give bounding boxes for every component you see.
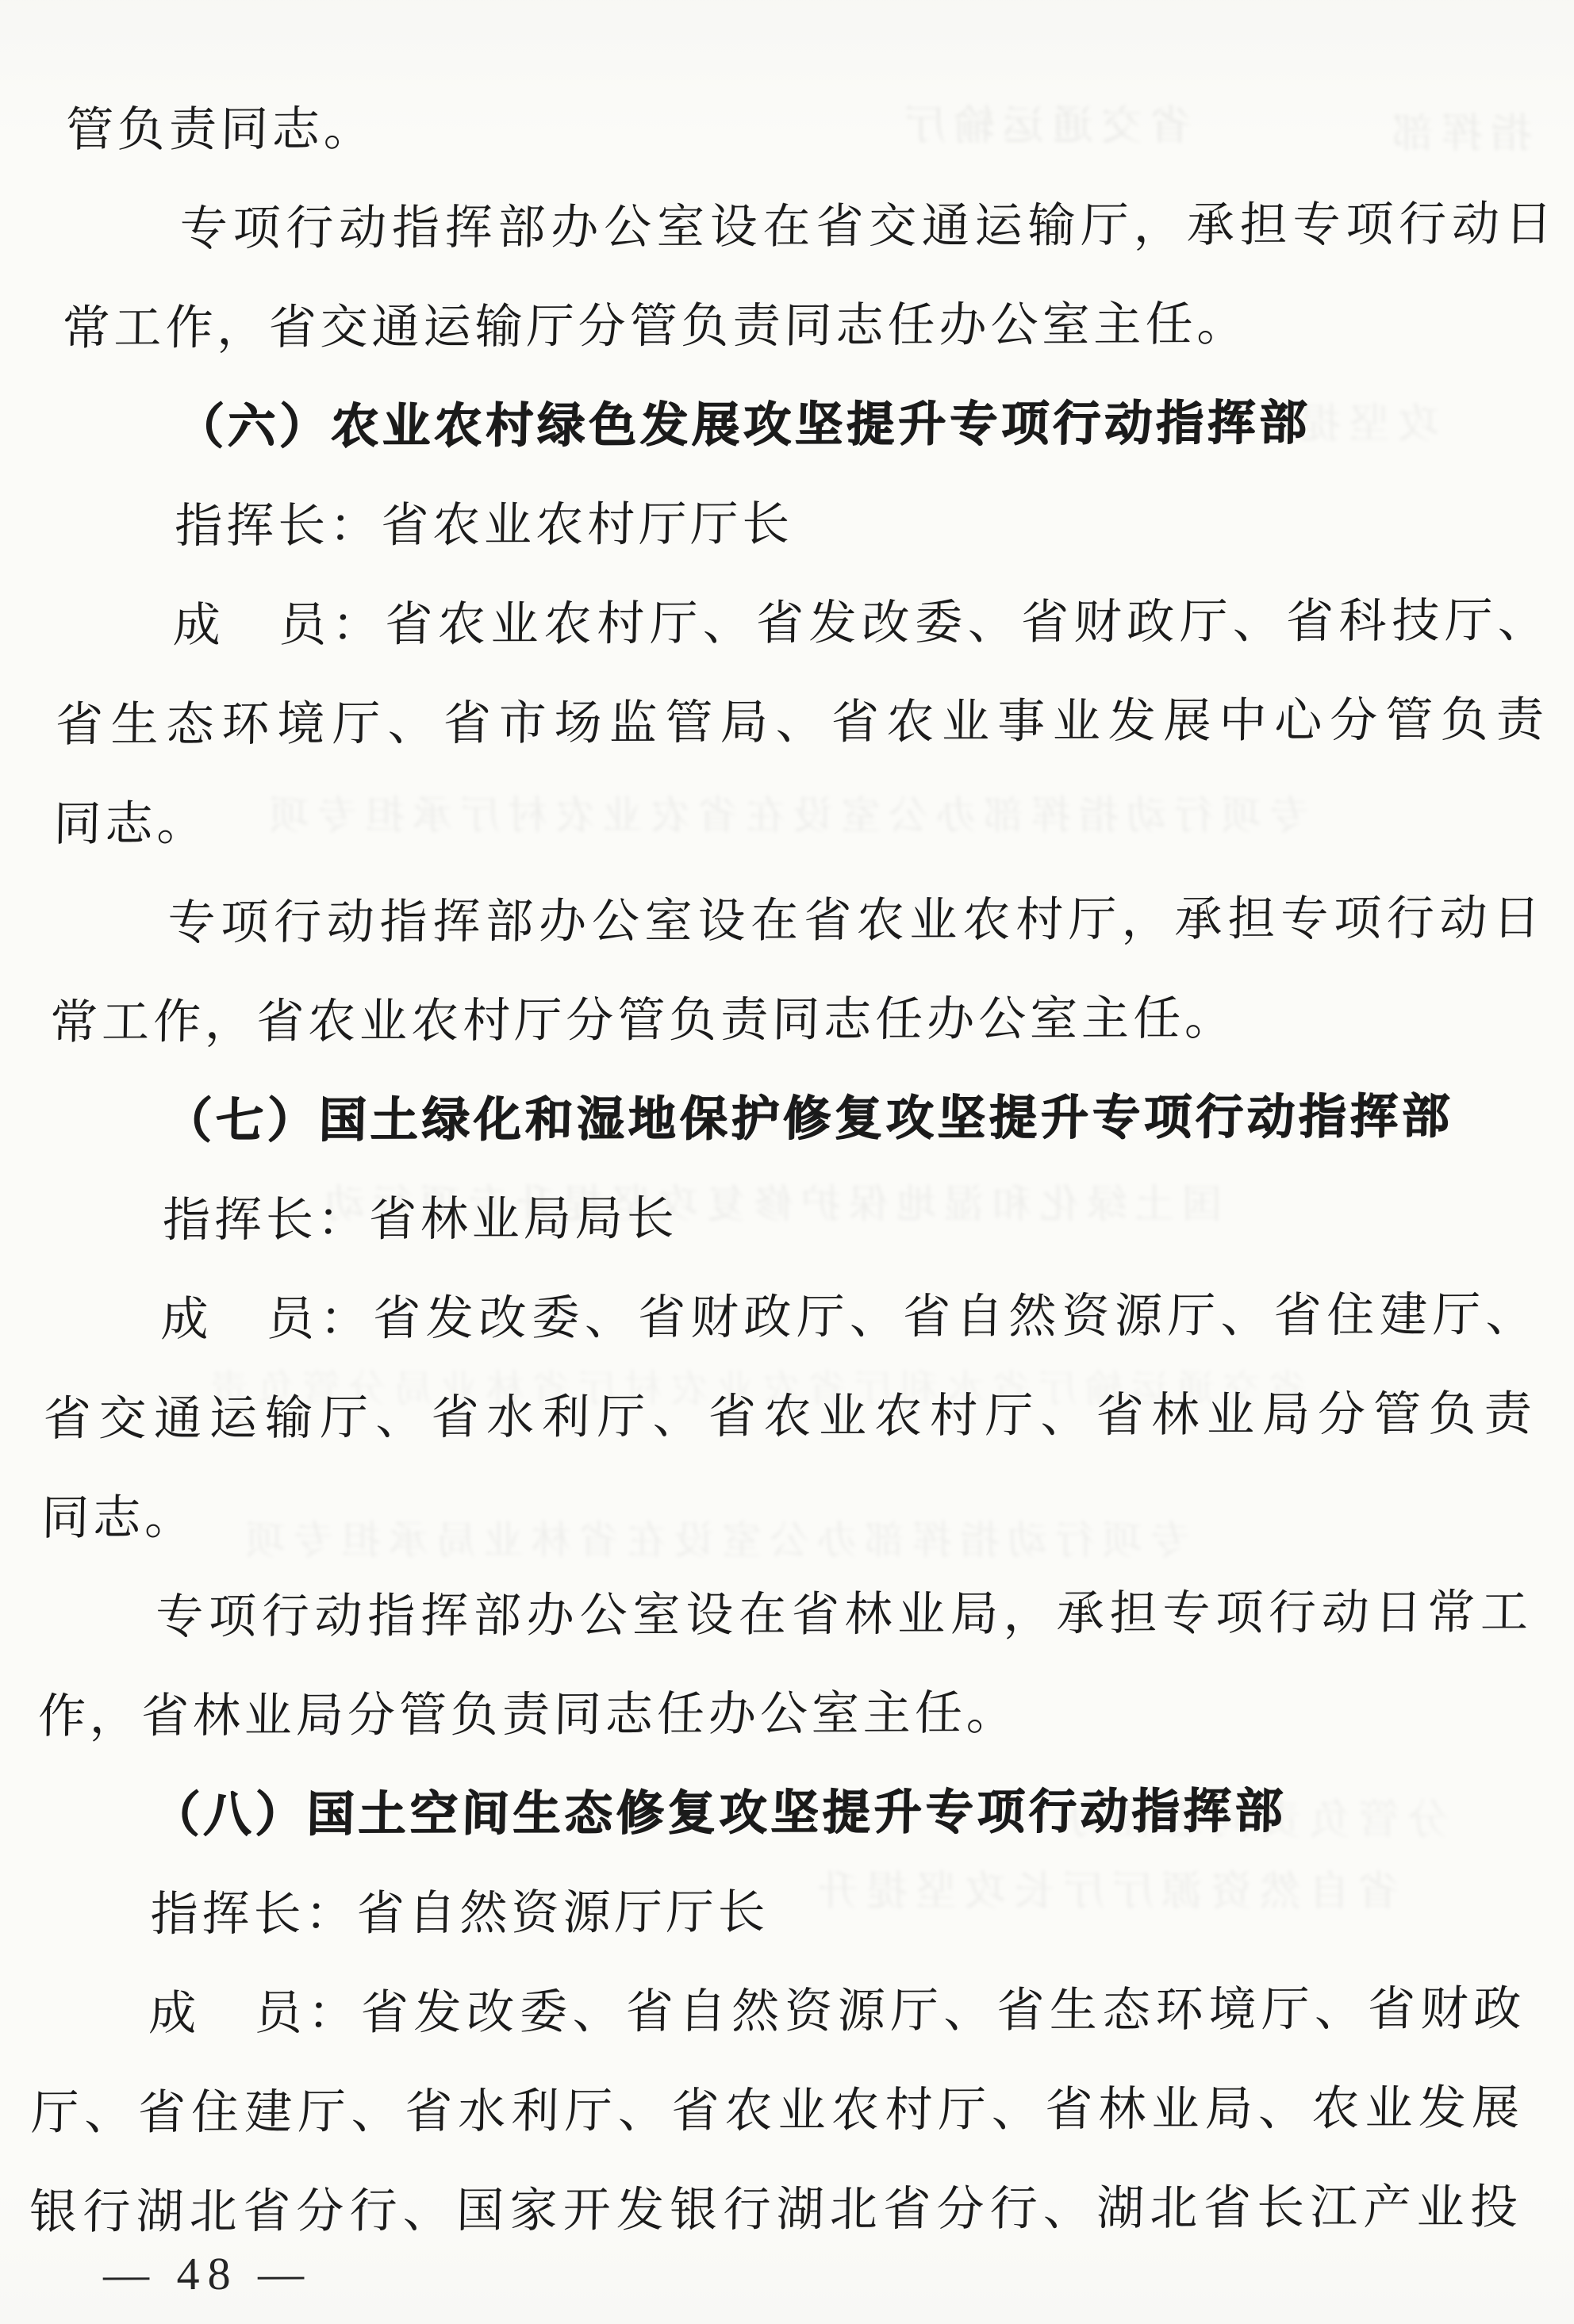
paragraph-line: 专项行动指挥部办公室设在省农业农村厅，承担专项行动日 xyxy=(51,869,1541,974)
paragraph-line: 同志。 xyxy=(40,1464,1530,1569)
paragraph-line: 常工作，省交通运输厅分管负责同志任办公室主任。 xyxy=(61,274,1551,378)
members-line: 成 员：省发改委、省自然资源厅、省生态环境厅、省财政 xyxy=(32,1960,1522,2065)
paragraph-line: 厅、省住建厅、省水利厅、省农业农村厅、省林业局、农业发展 xyxy=(30,2059,1520,2164)
commander-line: 指挥长：省林业局局长 xyxy=(46,1167,1536,1271)
commander-line: 指挥长：省自然资源厅厅长 xyxy=(34,1861,1524,1965)
paragraph-line: 省交通运输厅、省水利厅、省农业农村厅、省林业局分管负责 xyxy=(42,1365,1532,1470)
paragraph-line: 专项行动指挥部办公室设在省林业局，承担专项行动日常工 xyxy=(39,1563,1529,1668)
members-line: 成 员：省农业农村厅、省发改委、省财政厅、省科技厅、 xyxy=(56,571,1546,676)
commander-line: 指挥长：省农业农村厅厅长 xyxy=(58,472,1548,577)
paragraph-line: 作，省林业局分管负责同志任办公室主任。 xyxy=(37,1662,1527,1767)
section-heading-6: （六）农业农村绿色发展攻坚提升专项行动指挥部 xyxy=(60,373,1549,477)
paragraph-line: 专项行动指挥部办公室设在省交通运输厅，承担专项行动日 xyxy=(63,174,1553,279)
section-heading-8: （八）国土空间生态修复攻坚提升专项行动指挥部 xyxy=(36,1762,1526,1866)
members-line: 成 员：省发改委、省财政厅、省自然资源厅、省住建厅、 xyxy=(44,1266,1534,1371)
section-heading-7: （七）国土绿化和湿地保护修复攻坚提升专项行动指挥部 xyxy=(48,1068,1538,1172)
scanned-document-page: 省交通运输厅 指挥部 攻坚提 专项行动指挥部办公室设在省农业农村厅承担专项 国土… xyxy=(0,0,1574,2324)
page-number: — 48 — xyxy=(103,2230,312,2318)
paragraph-line: 常工作，省农业农村厅分管负责同志任办公室主任。 xyxy=(49,968,1539,1073)
paragraph-line: 管负责同志。 xyxy=(65,75,1555,180)
paragraph-line: 同志。 xyxy=(53,770,1543,875)
paragraph-line: 省生态环境厅、省市场监管局、省农业事业发展中心分管负责 xyxy=(55,671,1545,776)
document-body: 管负责同志。专项行动指挥部办公室设在省交通运输厅，承担专项行动日常工作，省交通运… xyxy=(29,75,1555,2262)
